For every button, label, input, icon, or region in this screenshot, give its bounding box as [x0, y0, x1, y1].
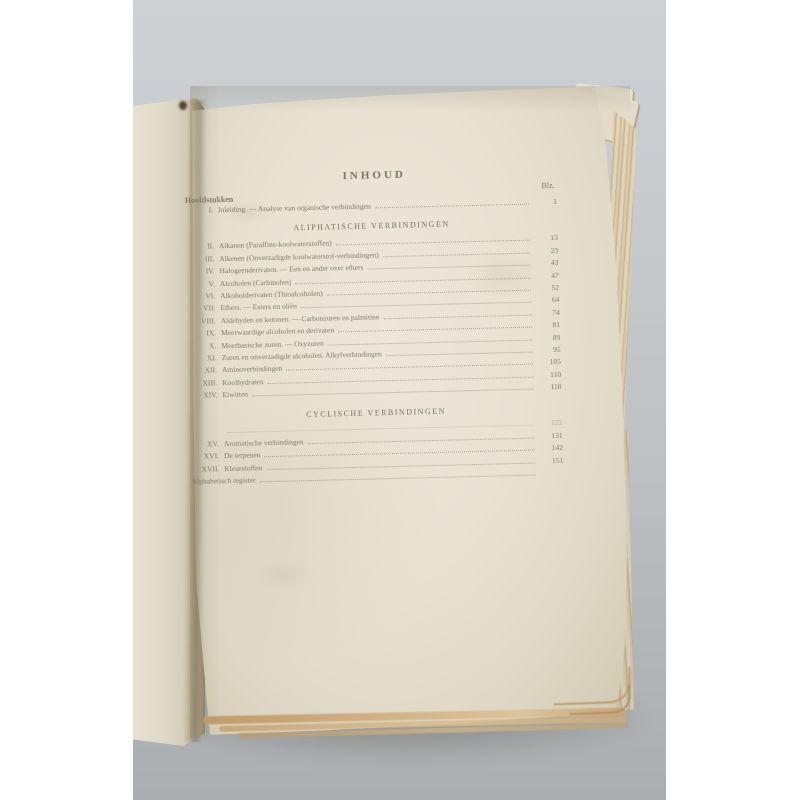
chapter-numeral: XIV. [189, 389, 222, 402]
table-of-contents: INHOUD Blz. Hoofdstukken I. Inleiding. —… [184, 165, 564, 488]
chapter-title: Koolhydraten [222, 376, 264, 389]
chapter-title: Alphabetisch register [192, 474, 256, 488]
page-number: 64 [535, 294, 559, 307]
screenshot-canvas: INHOUD Blz. Hoofdstukken I. Inleiding. —… [0, 0, 800, 800]
page-number: 52 [535, 282, 559, 295]
chapter-numeral: VII. [187, 303, 220, 316]
dot-leader [336, 240, 530, 246]
chapter-numeral: II. [186, 241, 219, 254]
dot-leader [375, 204, 529, 209]
gutter-dark-speck [179, 101, 187, 110]
chapter-title: Aminoverbindingen [222, 363, 283, 377]
page-number: 74 [536, 307, 560, 320]
chapter-numeral: XIII. [189, 377, 222, 390]
book-photo: INHOUD Blz. Hoofdstukken I. Inleiding. —… [133, 0, 666, 800]
dot-leader [252, 389, 534, 397]
chapter-numeral: IV. [186, 265, 219, 278]
page-number: 105 [537, 356, 561, 369]
page-number [540, 475, 564, 476]
chapter-numeral: IX. [188, 327, 221, 340]
dot-leader [383, 252, 530, 257]
chapter-numeral: III. [186, 253, 219, 266]
corner-page-curl [569, 685, 632, 715]
chapter-numeral: XV. [191, 438, 224, 451]
chapter-numeral: XVII. [191, 463, 224, 476]
page-number: 122 [538, 417, 562, 430]
chapter-title: Eiwitten [222, 389, 248, 402]
page-number: 110 [537, 369, 561, 382]
page-number: 118 [537, 381, 561, 394]
page-number: 23 [534, 245, 558, 258]
chapter-numeral: XII. [189, 364, 222, 377]
page-number: 95 [536, 344, 560, 357]
chapter-numeral: X. [188, 340, 221, 353]
page-number: 142 [539, 442, 563, 455]
chapter-numeral: I. [185, 204, 218, 217]
page-number: 89 [536, 331, 560, 344]
chapter-title: De terpenen [224, 450, 261, 463]
page-number: 13 [534, 232, 558, 245]
page-number: 151 [539, 455, 563, 468]
page-number: 1 [533, 196, 557, 209]
chapter-title: Aromatische verbindingen [224, 436, 304, 450]
page-number: 43 [534, 257, 558, 270]
dot-leader [327, 290, 531, 296]
page-number: 131 [539, 430, 563, 443]
chapter-numeral: V. [187, 278, 220, 291]
dot-leader [386, 351, 533, 356]
dot-leader [383, 314, 531, 319]
chapter-numeral: XVI. [191, 450, 224, 463]
dot-leader [338, 327, 532, 333]
chapter-numeral: XI. [189, 352, 222, 365]
chapter-numeral: VI. [187, 290, 220, 303]
page-number: 47 [535, 269, 559, 282]
dot-leader [367, 265, 530, 270]
chapter-numeral: VIII. [188, 315, 221, 328]
page-number: 81 [536, 319, 560, 332]
chapter-numeral [191, 434, 224, 435]
chapter-title: Kleurstoffen [224, 462, 262, 475]
dot-leader [328, 339, 532, 345]
chapter-title: Inleiding. — Analyse van organische verb… [218, 200, 371, 216]
